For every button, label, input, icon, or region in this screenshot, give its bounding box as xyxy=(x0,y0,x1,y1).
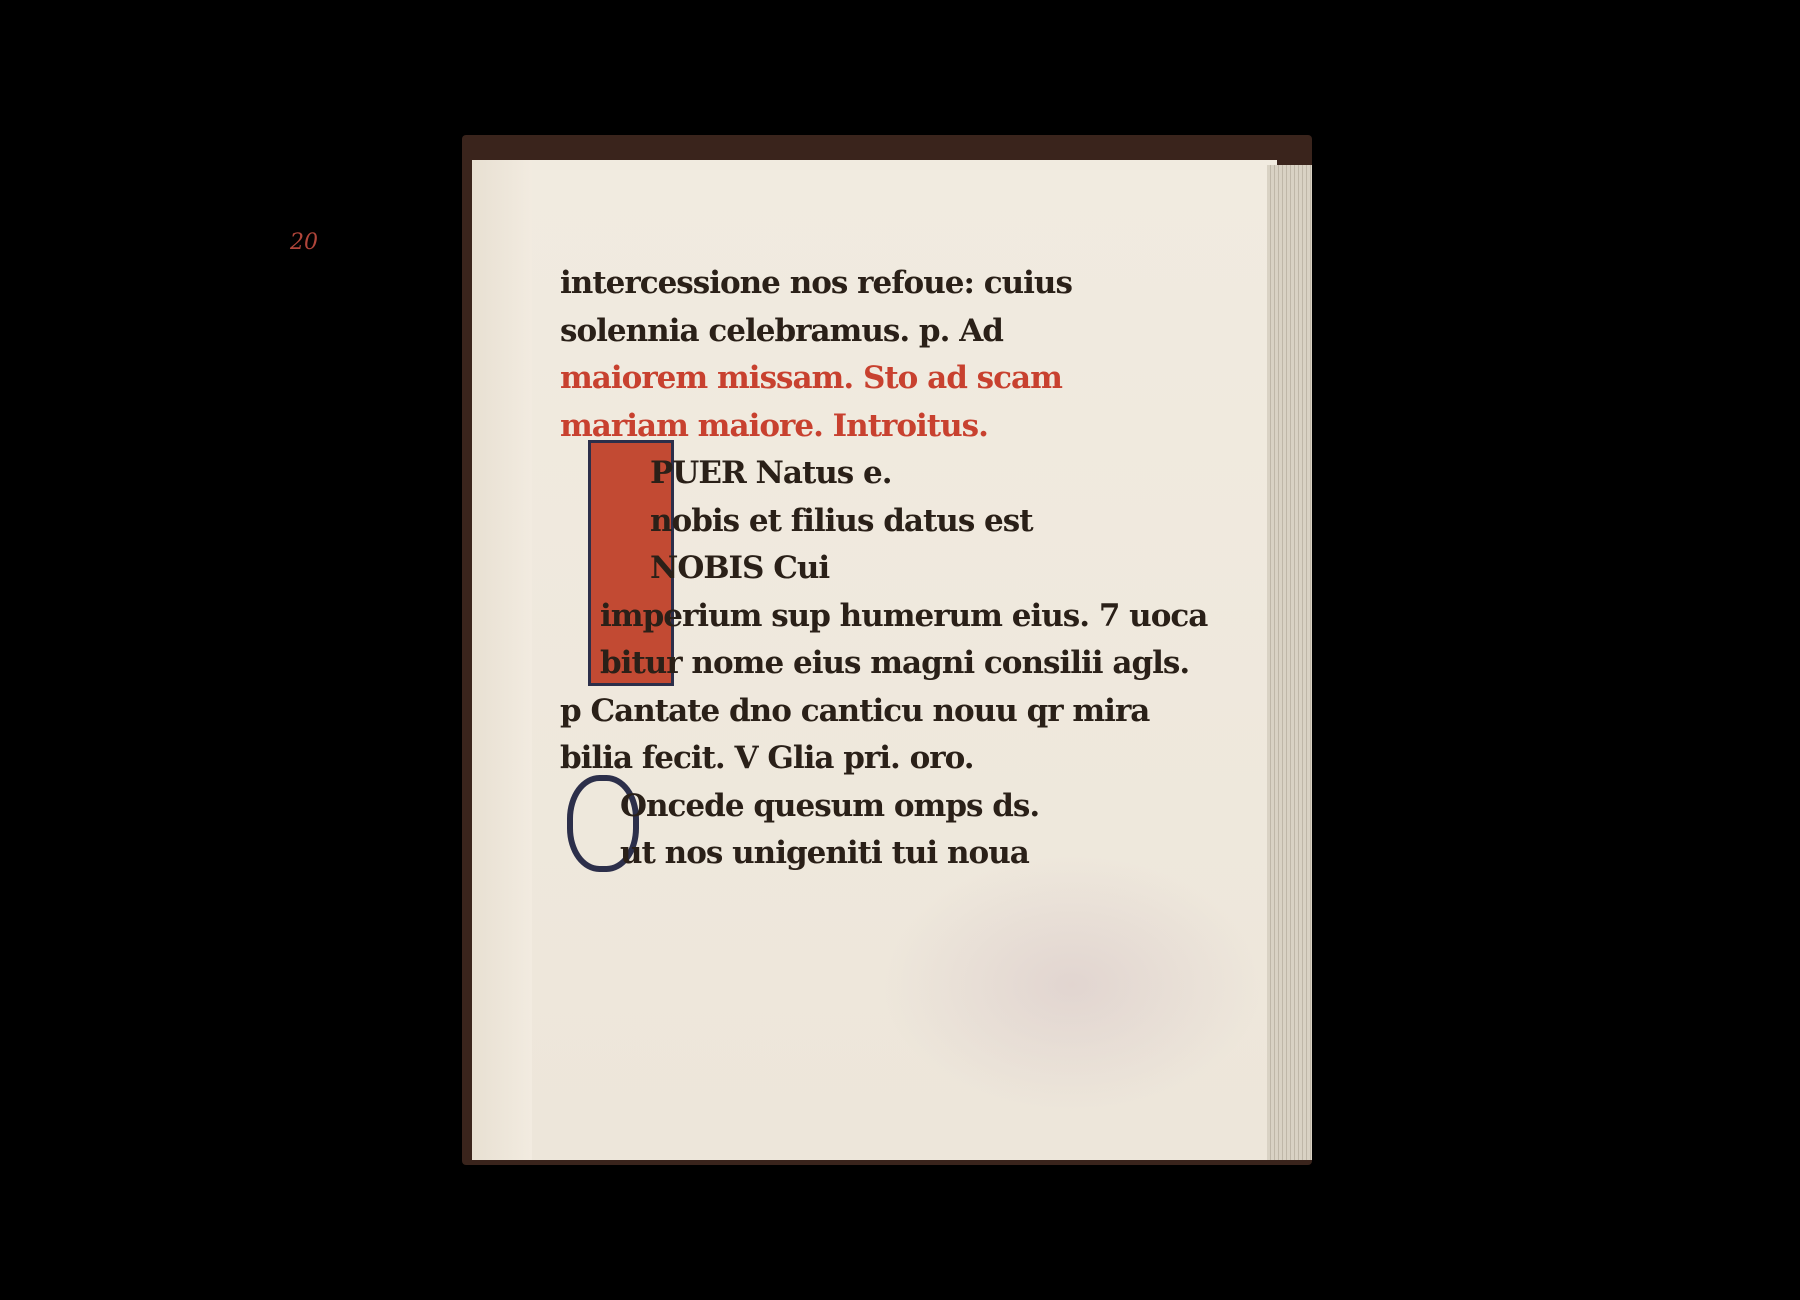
text-line: NOBIS Cui xyxy=(560,545,1060,593)
folio-number: 20 xyxy=(290,230,318,255)
text-line: p Cantate dno canticu nouu qr mira xyxy=(560,688,1060,736)
rubric-line: mariam maiore. Introitus. xyxy=(560,403,1060,451)
rubric-line: maiorem missam. Sto ad scam xyxy=(560,355,1060,403)
page-edges xyxy=(1267,165,1312,1160)
text-line: bitur nome eius magni consilii agls. xyxy=(560,640,1060,688)
left-page-edge xyxy=(472,160,532,1160)
text-line: nobis et filius datus est xyxy=(560,498,1060,546)
text-line: intercessione nos refoue: cuius xyxy=(560,260,1060,308)
text-line: imperium sup humerum eius. 7 uoca xyxy=(560,593,1060,641)
page-stain xyxy=(882,855,1262,1115)
text-line: PUER Natus e. xyxy=(560,450,1060,498)
text-line: Oncede quesum omps ds. xyxy=(560,783,1060,831)
text-line: ut nos unigeniti tui noua xyxy=(560,830,1060,878)
text-line: bilia fecit. V Glia pri. oro. xyxy=(560,735,1060,783)
text-line: solennia celebramus. p. Ad xyxy=(560,308,1060,356)
manuscript-text: intercessione nos refoue: cuius solennia… xyxy=(560,260,1060,878)
